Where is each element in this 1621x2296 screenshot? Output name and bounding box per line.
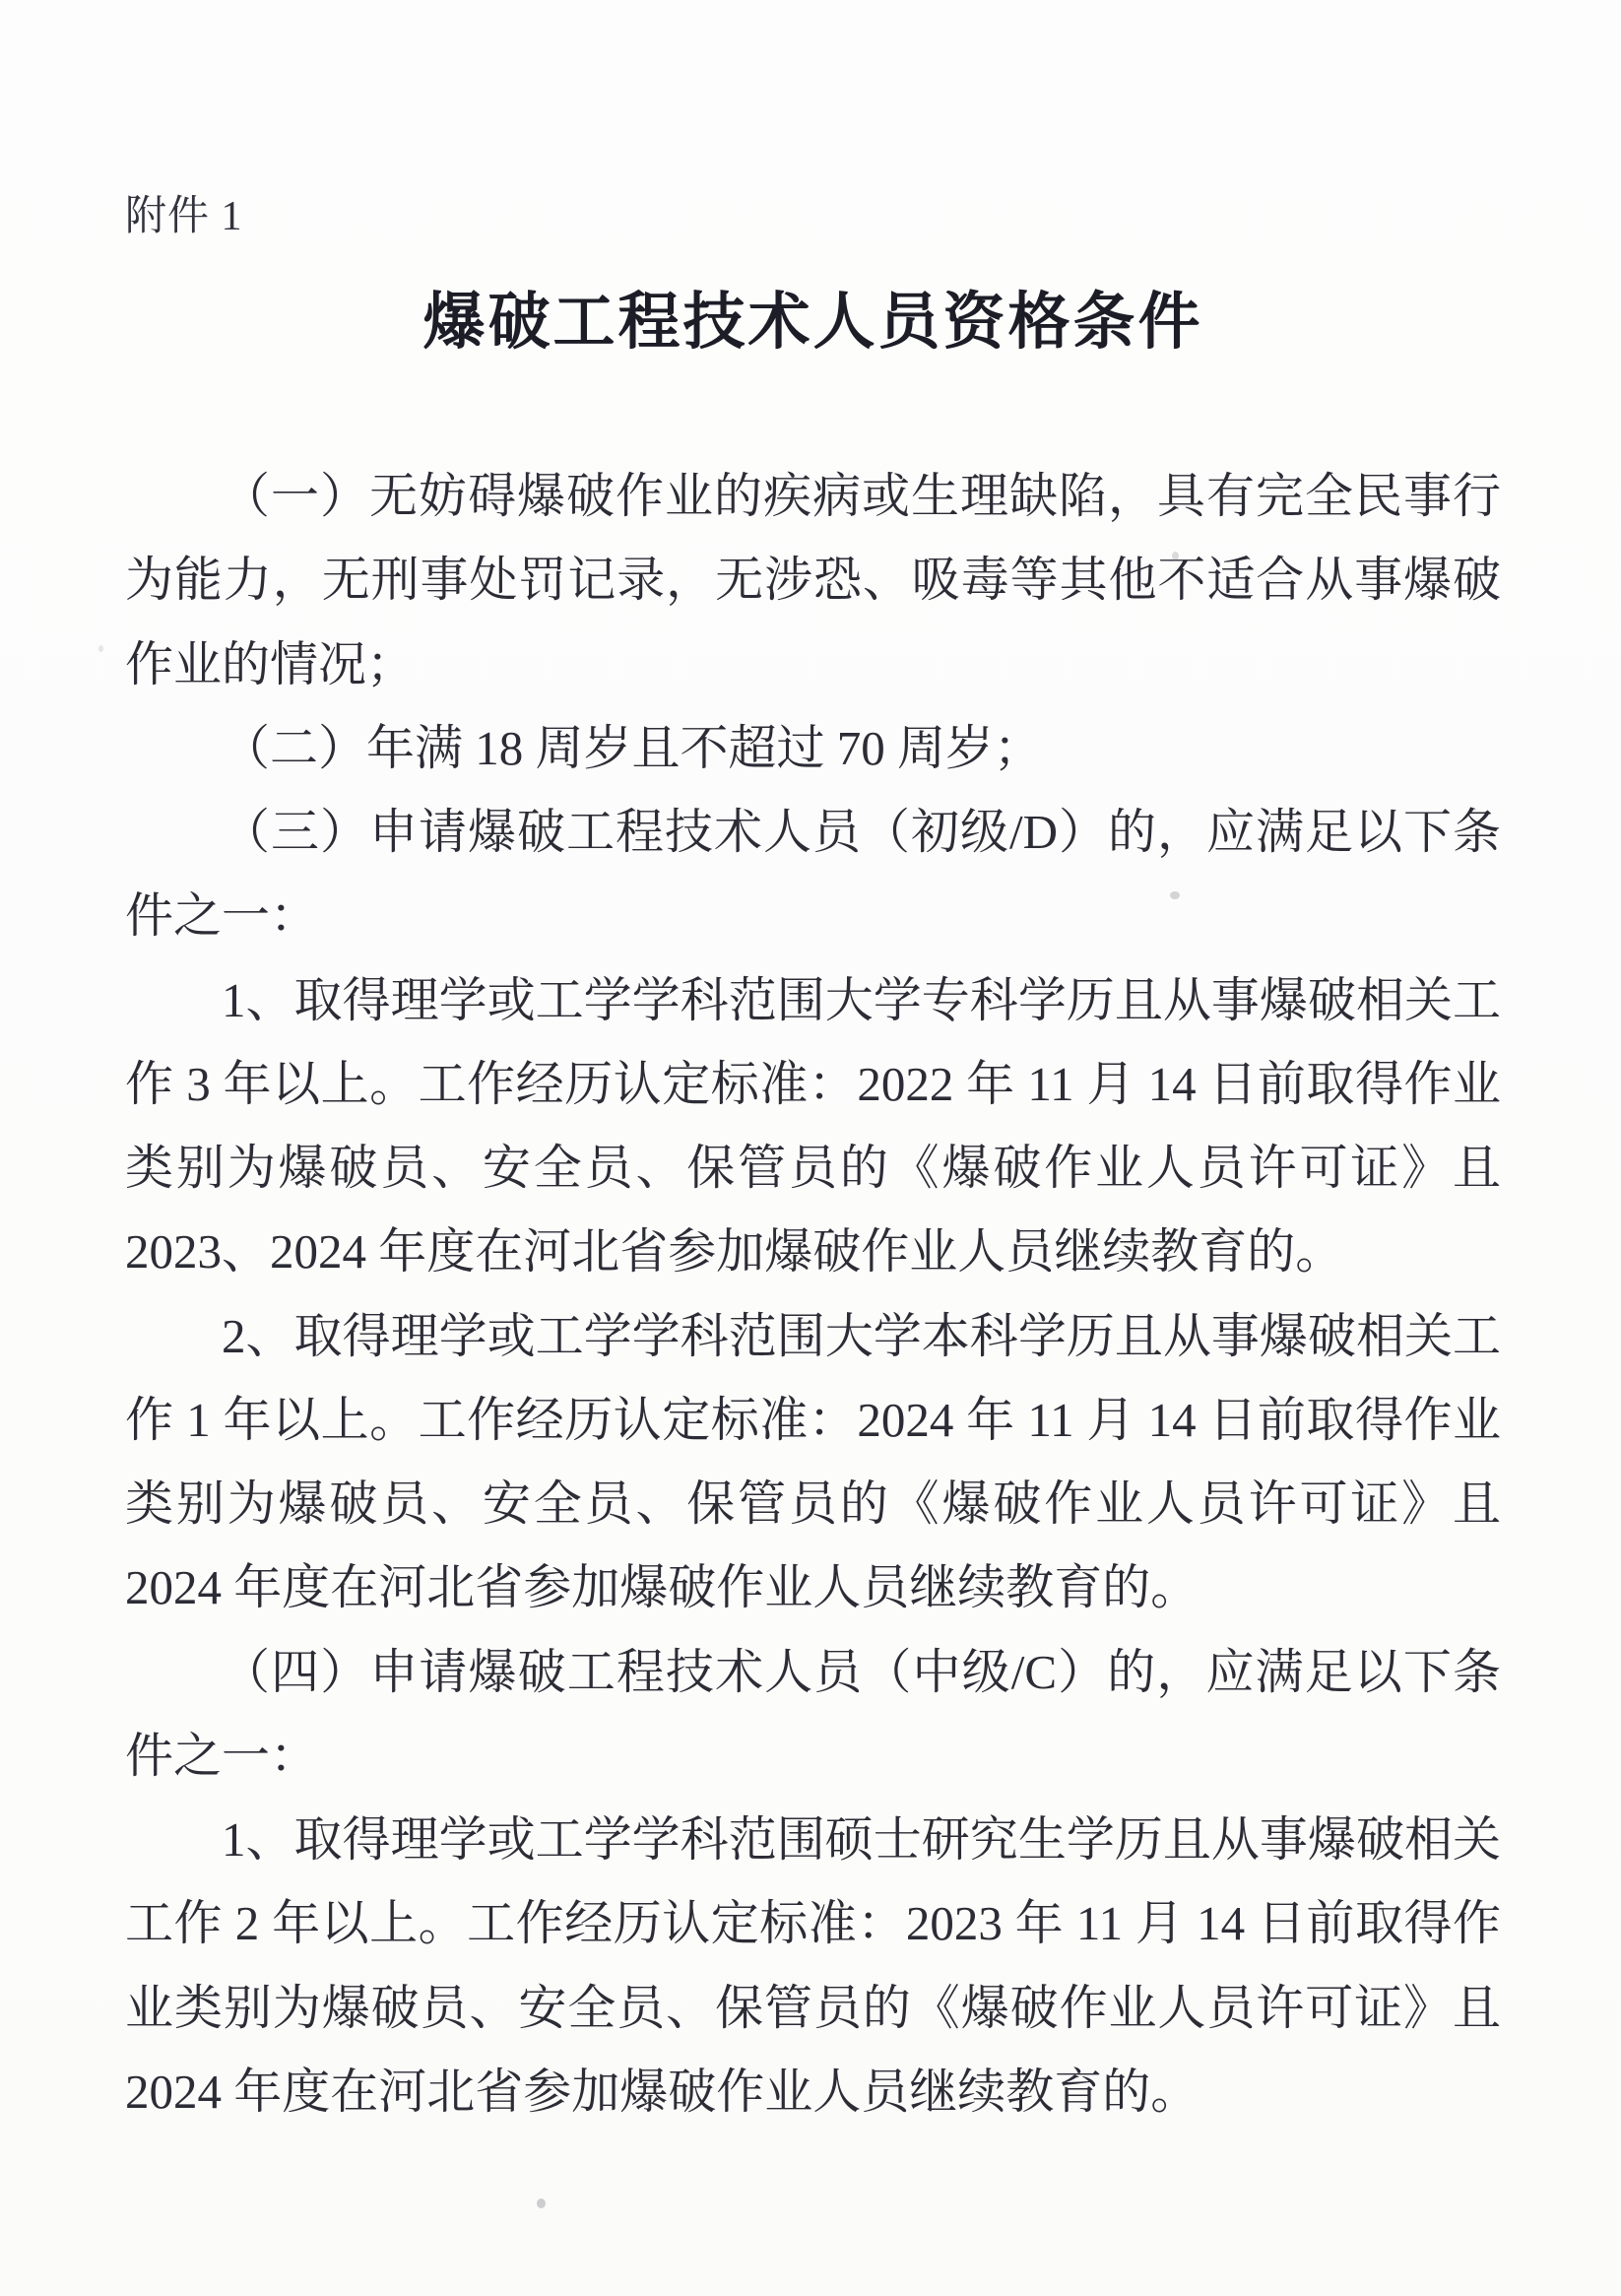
- document-content: 附件 1 爆破工程技术人员资格条件 （一）无妨碍爆破作业的疾病或生理缺陷，具有完…: [125, 183, 1501, 2133]
- document-body: （一）无妨碍爆破作业的疾病或生理缺陷，具有完全民事行为能力，无刑事处罚记录，无涉…: [125, 454, 1501, 2133]
- scan-speckle: [98, 645, 103, 652]
- attachment-label: 附件 1: [125, 183, 1501, 242]
- page-title: 爆破工程技术人员资格条件: [125, 272, 1501, 361]
- scan-speckle: [1172, 552, 1179, 560]
- scan-speckle: [1170, 891, 1180, 899]
- body-paragraph: （一）无妨碍爆破作业的疾病或生理缺陷，具有完全民事行为能力，无刑事处罚记录，无涉…: [125, 454, 1501, 706]
- body-paragraph: 1、取得理学或工学学科范围大学专科学历且从事爆破相关工作 3 年以上。工作经历认…: [125, 958, 1501, 1294]
- body-paragraph: （三）申请爆破工程技术人员（初级/D）的，应满足以下条件之一：: [125, 790, 1501, 958]
- scan-speckle: [1233, 1235, 1239, 1241]
- scan-speckle: [537, 2198, 546, 2208]
- body-paragraph: （四）申请爆破工程技术人员（中级/C）的，应满足以下条件之一：: [125, 1630, 1501, 1799]
- body-paragraph: （二）年满 18 周岁且不超过 70 周岁；: [125, 706, 1501, 790]
- body-paragraph: 2、取得理学或工学学科范围大学本科学历且从事爆破相关工作 1 年以上。工作经历认…: [125, 1294, 1501, 1630]
- body-paragraph: 1、取得理学或工学学科范围硕士研究生学历且从事爆破相关工作 2 年以上。工作经历…: [125, 1798, 1501, 2133]
- scanned-document-page: 附件 1 爆破工程技术人员资格条件 （一）无妨碍爆破作业的疾病或生理缺陷，具有完…: [0, 0, 1621, 2296]
